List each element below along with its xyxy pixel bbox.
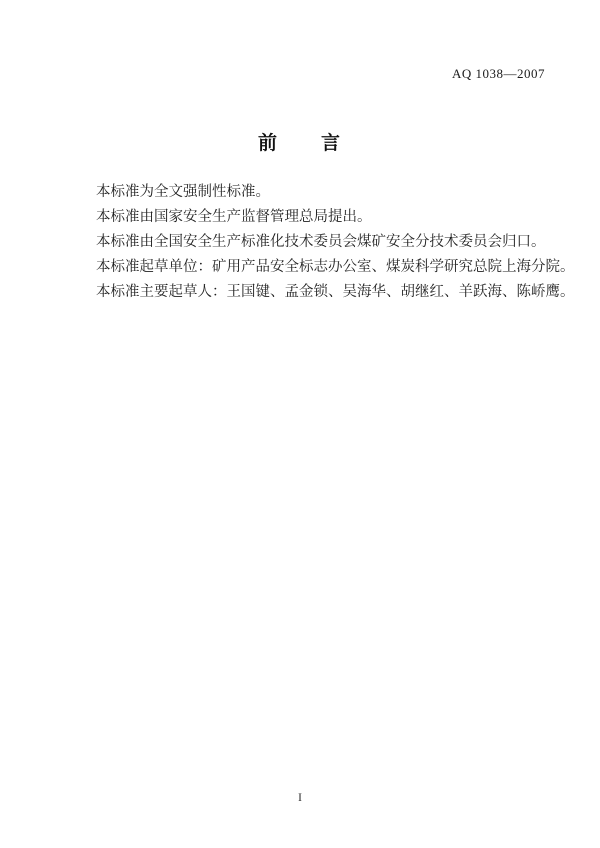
document-page: AQ 1038—2007 前 言 本标准为全文强制性标准。 本标准由国家安全生产…: [0, 0, 600, 848]
page-header: AQ 1038—2007: [0, 66, 545, 82]
foreword-content: 本标准为全文强制性标准。 本标准由国家安全生产监督管理总局提出。 本标准由全国安…: [67, 180, 542, 305]
standard-number: AQ 1038—2007: [452, 66, 545, 81]
paragraph-drafting-organizations: 本标准起草单位：矿用产品安全标志办公室、煤炭科学研究总院上海分院。: [67, 255, 542, 280]
paragraph-mandatory-statement: 本标准为全文强制性标准。: [67, 180, 542, 205]
foreword-title: 前 言: [0, 128, 600, 155]
paragraph-proposed-by: 本标准由国家安全生产监督管理总局提出。: [67, 205, 542, 230]
paragraph-centralized-by: 本标准由全国安全生产标准化技术委员会煤矿安全分技术委员会归口。: [67, 230, 542, 255]
page-footer: I: [0, 790, 600, 805]
page-number: I: [298, 790, 302, 804]
paragraph-chief-drafters: 本标准主要起草人：王国键、孟金锁、吴海华、胡继红、羊跃海、陈峤鹰。: [67, 280, 542, 305]
